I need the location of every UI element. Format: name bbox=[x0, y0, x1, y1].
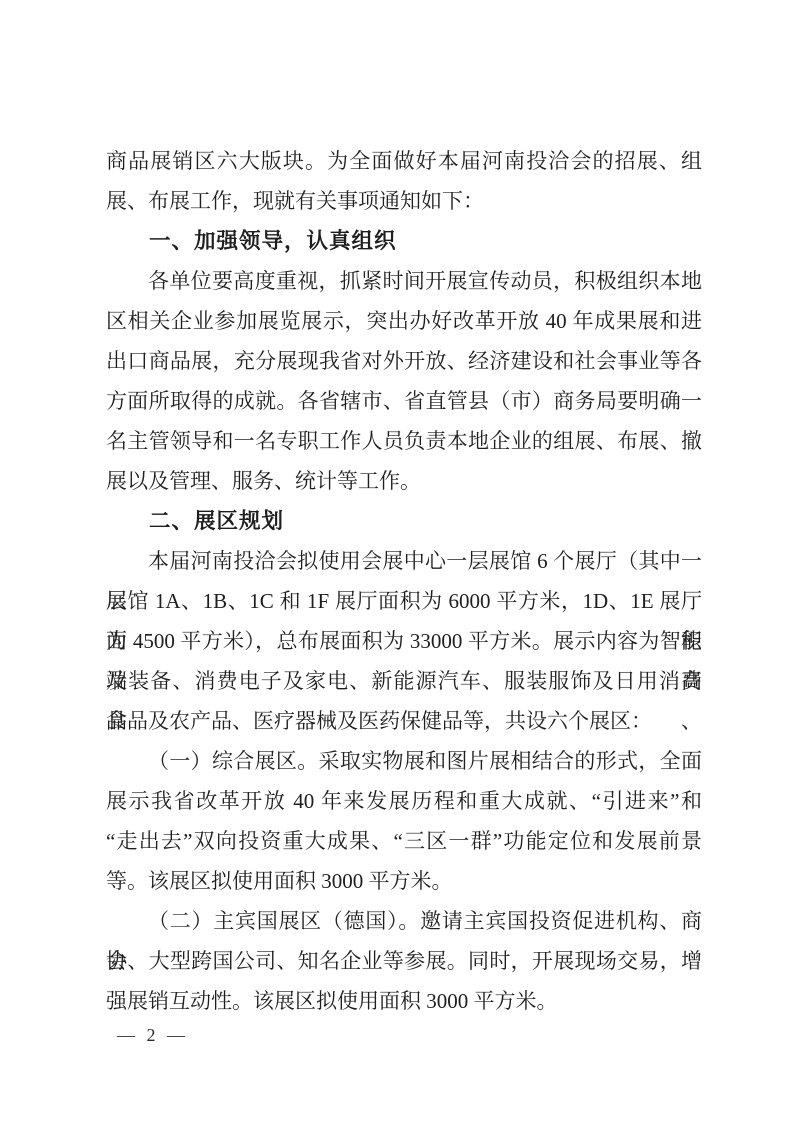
text-line: 展、布展工作，现就有关事项通知如下： bbox=[106, 181, 702, 221]
text-line: 方面所取得的成就。各省辖市、省直管县（市）商务局要明确一 bbox=[106, 381, 702, 421]
text-line: 会、大型跨国公司、知名企业等参展。同时，开展现场交易，增 bbox=[106, 941, 702, 981]
text-line: 等。该展区拟使用面积 3000 平方米。 bbox=[106, 861, 702, 901]
text-line: “走出去”双向投资重大成果、“三区一群”功能定位和发展前景 bbox=[106, 821, 702, 861]
text-line: 展示我省改革开放 40 年来发展历程和重大成就、“引进来”和 bbox=[106, 781, 702, 821]
text-line: 食品及农产品、医疗器械及医药保健品等，共设六个展区： bbox=[106, 701, 702, 741]
text-line: 强展销互动性。该展区拟使用面积 3000 平方米。 bbox=[106, 981, 702, 1021]
text-line: 为 4500 平方米），总布展面积为 33000 平方米。展示内容为智能及高 bbox=[106, 621, 702, 661]
text-line: 商品展销区六大版块。为全面做好本届河南投洽会的招展、组 bbox=[106, 141, 702, 181]
page-number: — 2 — bbox=[117, 1022, 185, 1048]
text-line: （二）主宾国展区（德国）。邀请主宾国投资促进机构、商协 bbox=[106, 901, 702, 941]
section-heading: 二、展区规划 bbox=[106, 501, 702, 541]
text-line: 区相关企业参加展览展示，突出办好改革开放 40 年成果展和进 bbox=[106, 301, 702, 341]
text-line: 端装备、消费电子及家电、新能源汽车、服装服饰及日用消费品、 bbox=[106, 661, 702, 701]
text-line: 展以及管理、服务、统计等工作。 bbox=[106, 461, 702, 501]
document-page: 商品展销区六大版块。为全面做好本届河南投洽会的招展、组展、布展工作，现就有关事项… bbox=[0, 0, 800, 1132]
text-line: 展馆 1A、1B、1C 和 1F 展厅面积为 6000 平方米，1D、1E 展厅… bbox=[106, 581, 702, 621]
section-heading: 一、加强领导，认真组织 bbox=[106, 221, 702, 261]
text-line: （一）综合展区。采取实物展和图片展相结合的形式，全面 bbox=[106, 741, 702, 781]
text-line: 出口商品展，充分展现我省对外开放、经济建设和社会事业等各 bbox=[106, 341, 702, 381]
text-line: 名主管领导和一名专职工作人员负责本地企业的组展、布展、撤 bbox=[106, 421, 702, 461]
document-body: 商品展销区六大版块。为全面做好本届河南投洽会的招展、组展、布展工作，现就有关事项… bbox=[106, 141, 702, 1021]
text-line: 本届河南投洽会拟使用会展中心一层展馆 6 个展厅（其中一层 bbox=[106, 541, 702, 581]
text-line: 各单位要高度重视，抓紧时间开展宣传动员，积极组织本地 bbox=[106, 261, 702, 301]
